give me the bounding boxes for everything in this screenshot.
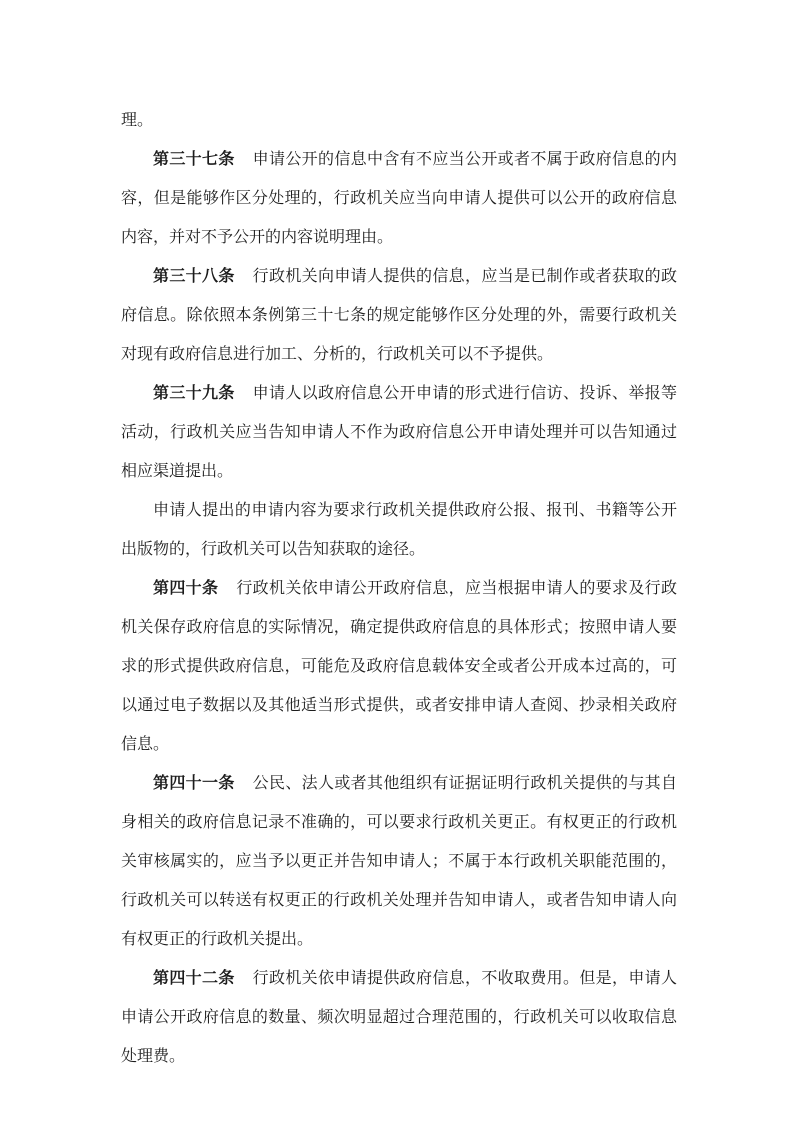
article-40-text: 行政机关依申请公开政府信息，应当根据申请人的要求及行政机关保存政府信息的实际情况…: [121, 580, 677, 753]
article-39-number: 第三十九条: [153, 385, 235, 402]
paragraph-article-40: 第四十条行政机关依申请公开政府信息，应当根据申请人的要求及行政机关保存政府信息的…: [121, 569, 677, 764]
article-37-number: 第三十七条: [153, 151, 235, 168]
paragraph-article-39-clause-2: 申请人提出的申请内容为要求行政机关提供政府公报、报刊、书籍等公开出版物的，行政机…: [121, 491, 677, 569]
paragraph-continuation: 理。: [121, 101, 677, 140]
article-38-number: 第三十八条: [153, 268, 235, 285]
article-41-number: 第四十一条: [153, 775, 235, 792]
paragraph-article-41: 第四十一条公民、法人或者其他组织有证据证明行政机关提供的与其自身相关的政府信息记…: [121, 764, 677, 959]
article-41-text: 公民、法人或者其他组织有证据证明行政机关提供的与其自身相关的政府信息记录不准确的…: [121, 775, 677, 948]
document-page: 理。 第三十七条申请公开的信息中含有不应当公开或者不属于政府信息的内容，但是能够…: [0, 0, 793, 1122]
paragraph-article-37: 第三十七条申请公开的信息中含有不应当公开或者不属于政府信息的内容，但是能够作区分…: [121, 140, 677, 257]
paragraph-article-42: 第四十二条行政机关依申请提供政府信息，不收取费用。但是，申请人申请公开政府信息的…: [121, 959, 677, 1076]
paragraph-article-39: 第三十九条申请人以政府信息公开申请的形式进行信访、投诉、举报等活动，行政机关应当…: [121, 374, 677, 491]
paragraph-article-38: 第三十八条行政机关向申请人提供的信息，应当是已制作或者获取的政府信息。除依照本条…: [121, 257, 677, 374]
article-40-number: 第四十条: [153, 580, 218, 597]
article-42-number: 第四十二条: [153, 970, 235, 987]
